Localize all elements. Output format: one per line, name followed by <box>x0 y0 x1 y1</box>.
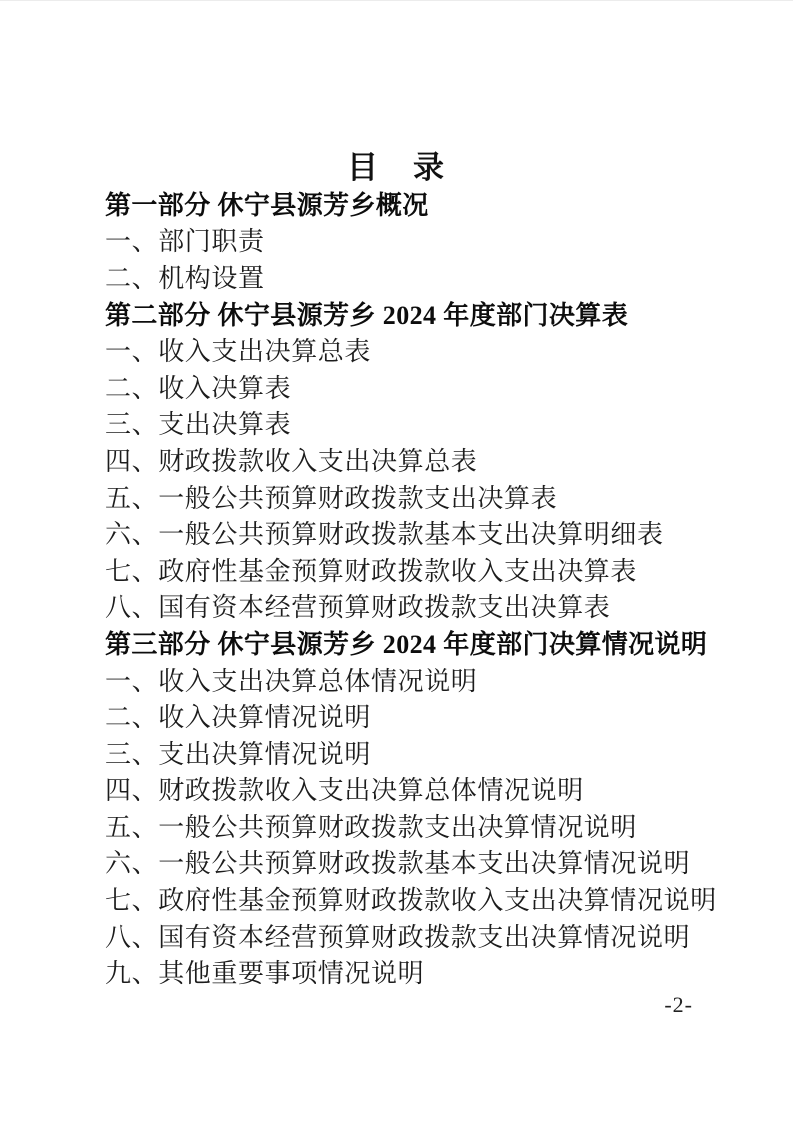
toc-item: 六、一般公共预算财政拨款基本支出决算明细表 <box>105 514 703 551</box>
toc-item: 一、收入支出决算总体情况说明 <box>105 661 703 698</box>
toc-item: 六、一般公共预算财政拨款基本支出决算情况说明 <box>105 844 703 881</box>
document-page: 目 录 第一部分 休宁县源芳乡概况 一、部门职责 二、机构设置 第二部分 休宁县… <box>0 0 793 1122</box>
toc-item: 四、财政拨款收入支出决算总体情况说明 <box>105 771 703 808</box>
toc-item: 二、机构设置 <box>105 258 703 295</box>
toc-item: 一、部门职责 <box>105 222 703 259</box>
toc-item: 四、财政拨款收入支出决算总表 <box>105 441 703 478</box>
toc-item: 九、其他重要事项情况说明 <box>105 953 703 990</box>
page-title: 目 录 <box>0 142 793 187</box>
toc-item: 三、支出决算情况说明 <box>105 734 703 771</box>
toc-section-1-heading: 第一部分 休宁县源芳乡概况 <box>105 185 703 222</box>
toc-item: 七、政府性基金预算财政拨款收入支出决算表 <box>105 551 703 588</box>
toc-section-2-heading: 第二部分 休宁县源芳乡 2024 年度部门决算表 <box>105 295 703 332</box>
toc-item: 二、收入决算情况说明 <box>105 697 703 734</box>
toc-item: 五、一般公共预算财政拨款支出决算情况说明 <box>105 807 703 844</box>
toc-item: 八、国有资本经营预算财政拨款支出决算情况说明 <box>105 917 703 954</box>
toc-item: 一、收入支出决算总表 <box>105 331 703 368</box>
toc-item: 五、一般公共预算财政拨款支出决算表 <box>105 478 703 515</box>
toc-item: 三、支出决算表 <box>105 405 703 442</box>
toc-section-3-heading: 第三部分 休宁县源芳乡 2024 年度部门决算情况说明 <box>105 624 703 661</box>
toc-item: 八、国有资本经营预算财政拨款支出决算表 <box>105 588 703 625</box>
table-of-contents: 第一部分 休宁县源芳乡概况 一、部门职责 二、机构设置 第二部分 休宁县源芳乡 … <box>105 185 703 990</box>
page-number: -2- <box>664 992 693 1018</box>
toc-item: 七、政府性基金预算财政拨款收入支出决算情况说明 <box>105 880 703 917</box>
toc-item: 二、收入决算表 <box>105 368 703 405</box>
